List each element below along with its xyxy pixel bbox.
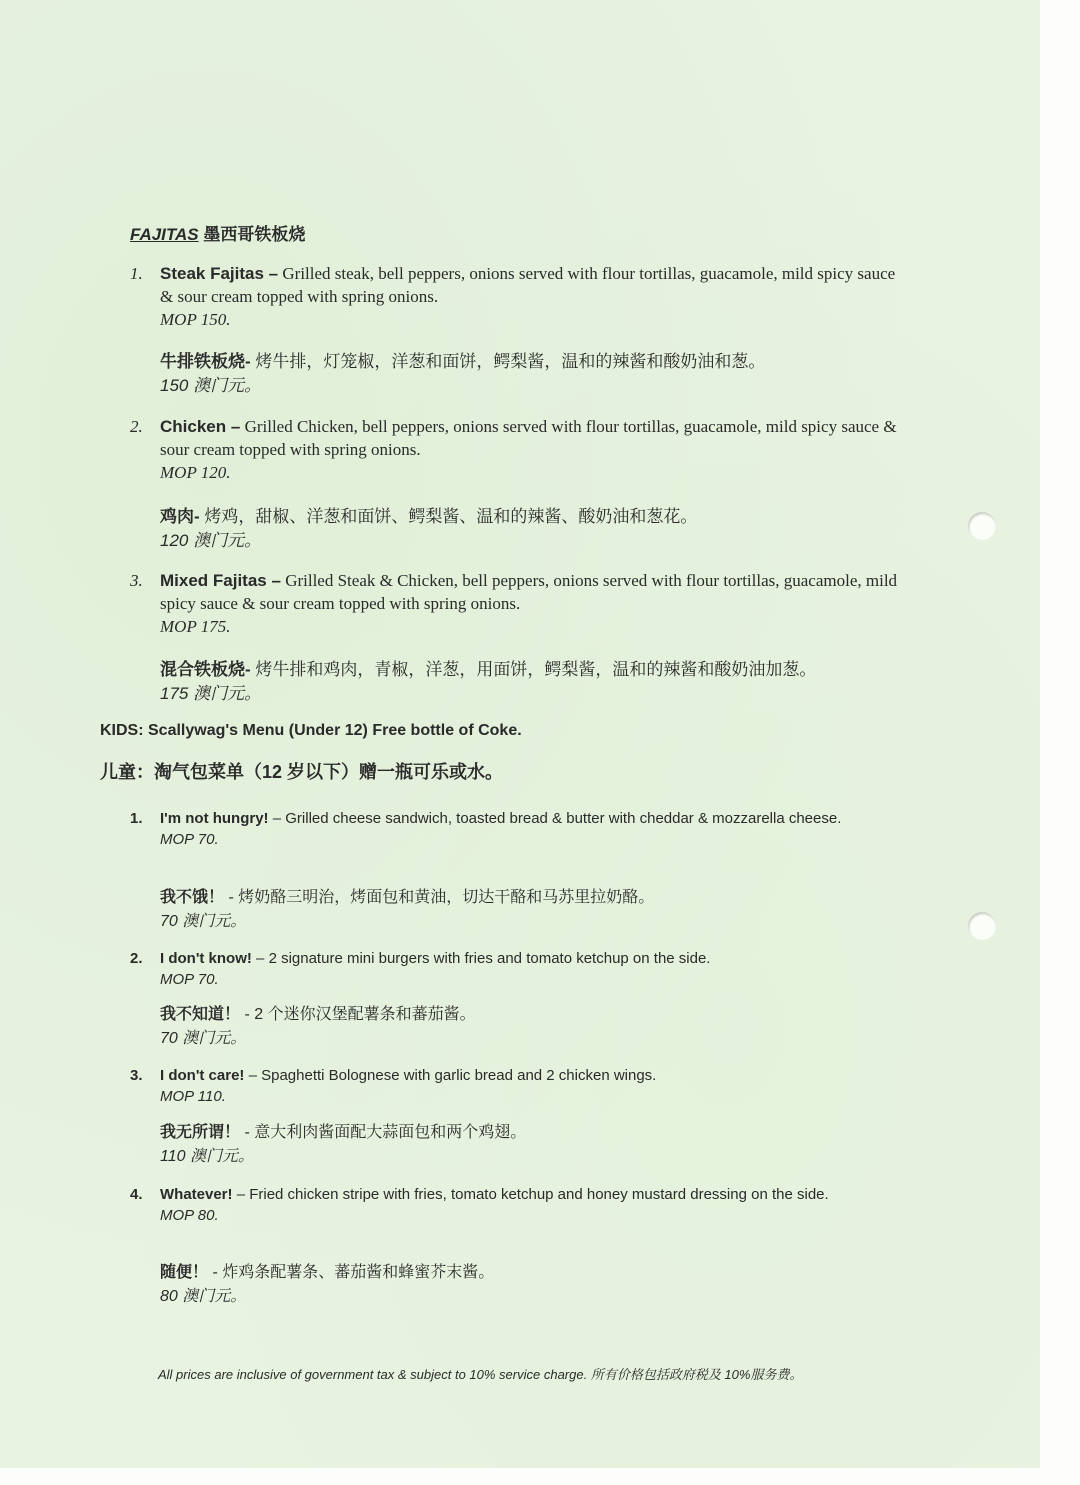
- item-price-zh: 80 澳门元。: [160, 1288, 246, 1305]
- item-number: 1.: [130, 808, 143, 829]
- item-name: Chicken –: [160, 417, 240, 436]
- item-name-zh: 牛排铁板烧-: [160, 352, 251, 371]
- kids-menu-title: KIDS: Scallywag's Menu (Under 12) Free b…: [100, 722, 522, 740]
- item-name: Steak Fajitas –: [160, 264, 278, 283]
- menu-item-zh: 牛排铁板烧- 烤牛排，灯笼椒，洋葱和面饼，鳄梨酱，温和的辣酱和酸奶油和葱。 15…: [160, 350, 765, 398]
- item-description-zh: - 意大利肉酱面配大蒜面包和两个鸡翅。: [240, 1124, 526, 1141]
- item-price: MOP 150.: [160, 310, 231, 329]
- kids-item: 1. I'm not hungry! – Grilled cheese sand…: [130, 808, 890, 850]
- item-price: MOP 70.: [160, 831, 219, 848]
- price-disclaimer: All prices are inclusive of government t…: [158, 1364, 802, 1383]
- item-price: MOP 70.: [160, 971, 219, 988]
- kids-item: 3. I don't care! – Spaghetti Bolognese w…: [130, 1065, 890, 1107]
- menu-item-zh: 鸡肉- 烤鸡，甜椒、洋葱和面饼、鳄梨酱、温和的辣酱、酸奶油和葱花。 120 澳门…: [160, 505, 697, 553]
- item-description: – Spaghetti Bolognese with garlic bread …: [244, 1067, 656, 1084]
- item-price-zh: 70 澳门元。: [160, 1030, 246, 1047]
- item-name-zh: 鸡肉-: [160, 507, 200, 526]
- section-title-zh: 墨西哥铁板烧: [203, 225, 305, 244]
- item-name: Whatever!: [160, 1186, 233, 1203]
- item-description: Grilled Chicken, bell peppers, onions se…: [160, 417, 897, 459]
- item-name: I don't know!: [160, 950, 252, 967]
- punch-hole: [968, 912, 996, 940]
- kids-item-zh: 我不知道！ - 2 个迷你汉堡配薯条和蕃茄酱。 70 澳门元。: [160, 1003, 476, 1051]
- item-description-zh: - 炸鸡条配薯条、蕃茄酱和蜂蜜芥末酱。: [208, 1264, 494, 1281]
- item-name: Mixed Fajitas –: [160, 571, 281, 590]
- kids-item: 2. I don't know! – 2 signature mini burg…: [130, 948, 890, 990]
- item-number: 3.: [130, 569, 143, 592]
- menu-item-zh: 混合铁板烧- 烤牛排和鸡肉，青椒，洋葱，用面饼，鳄梨酱，温和的辣酱和酸奶油加葱。…: [160, 658, 816, 706]
- item-price: MOP 80.: [160, 1207, 219, 1224]
- item-description-zh: 烤鸡，甜椒、洋葱和面饼、鳄梨酱、温和的辣酱、酸奶油和葱花。: [200, 507, 698, 526]
- item-price-zh: 150 澳门元。: [160, 376, 261, 395]
- kids-item-zh: 我无所谓！ - 意大利肉酱面配大蒜面包和两个鸡翅。 110 澳门元。: [160, 1121, 526, 1169]
- item-number: 4.: [130, 1184, 143, 1205]
- item-number: 2.: [130, 415, 143, 438]
- item-description-zh: 烤牛排，灯笼椒，洋葱和面饼，鳄梨酱，温和的辣酱和酸奶油和葱。: [251, 352, 766, 371]
- item-description: – 2 signature mini burgers with fries an…: [252, 950, 711, 967]
- item-description-zh: - 2 个迷你汉堡配薯条和蕃茄酱。: [240, 1006, 476, 1023]
- section-title-en: FAJITAS: [130, 225, 199, 244]
- item-price-zh: 120 澳门元。: [160, 531, 261, 550]
- item-price: MOP 120.: [160, 463, 231, 482]
- item-price: MOP 175.: [160, 617, 231, 636]
- item-description: – Fried chicken stripe with fries, tomat…: [233, 1186, 829, 1203]
- item-price-zh: 110 澳门元。: [160, 1148, 254, 1165]
- punch-hole: [968, 512, 996, 540]
- kids-item-zh: 我不饿！ - 烤奶酪三明治，烤面包和黄油，切达干酪和马苏里拉奶酪。 70 澳门元…: [160, 886, 654, 934]
- item-description: – Grilled cheese sandwich, toasted bread…: [269, 810, 842, 827]
- item-description-zh: - 烤奶酪三明治，烤面包和黄油，切达干酪和马苏里拉奶酪。: [224, 889, 654, 906]
- item-number: 1.: [130, 262, 143, 285]
- item-price-zh: 70 澳门元。: [160, 913, 246, 930]
- section-heading: FAJITAS 墨西哥铁板烧: [130, 220, 305, 245]
- item-name-zh: 我不饿！: [160, 889, 224, 906]
- item-description-zh: 烤牛排和鸡肉，青椒，洋葱，用面饼，鳄梨酱，温和的辣酱和酸奶油加葱。: [251, 660, 817, 679]
- item-name-zh: 我无所谓！: [160, 1124, 240, 1141]
- item-name-zh: 混合铁板烧-: [160, 660, 251, 679]
- menu-item: 2. Chicken – Grilled Chicken, bell peppe…: [130, 415, 910, 484]
- item-price: MOP 110.: [160, 1088, 226, 1105]
- menu-item: 3. Mixed Fajitas – Grilled Steak & Chick…: [130, 569, 910, 638]
- item-price-zh: 175 澳门元。: [160, 684, 261, 703]
- item-name: I'm not hungry!: [160, 810, 269, 827]
- item-number: 3.: [130, 1065, 143, 1086]
- item-number: 2.: [130, 948, 143, 969]
- menu-page: FAJITAS 墨西哥铁板烧 1. Steak Fajitas – Grille…: [0, 0, 1040, 1468]
- item-name-zh: 我不知道！: [160, 1006, 240, 1023]
- item-name: I don't care!: [160, 1067, 244, 1084]
- kids-menu-title-zh: 儿童：淘气包菜单（12 岁以下）赠一瓶可乐或水。: [100, 758, 503, 784]
- kids-item-zh: 随便！ - 炸鸡条配薯条、蕃茄酱和蜂蜜芥末酱。 80 澳门元。: [160, 1261, 494, 1309]
- menu-item: 1. Steak Fajitas – Grilled steak, bell p…: [130, 262, 910, 331]
- kids-item: 4. Whatever! – Fried chicken stripe with…: [130, 1184, 890, 1226]
- item-name-zh: 随便！: [160, 1264, 208, 1281]
